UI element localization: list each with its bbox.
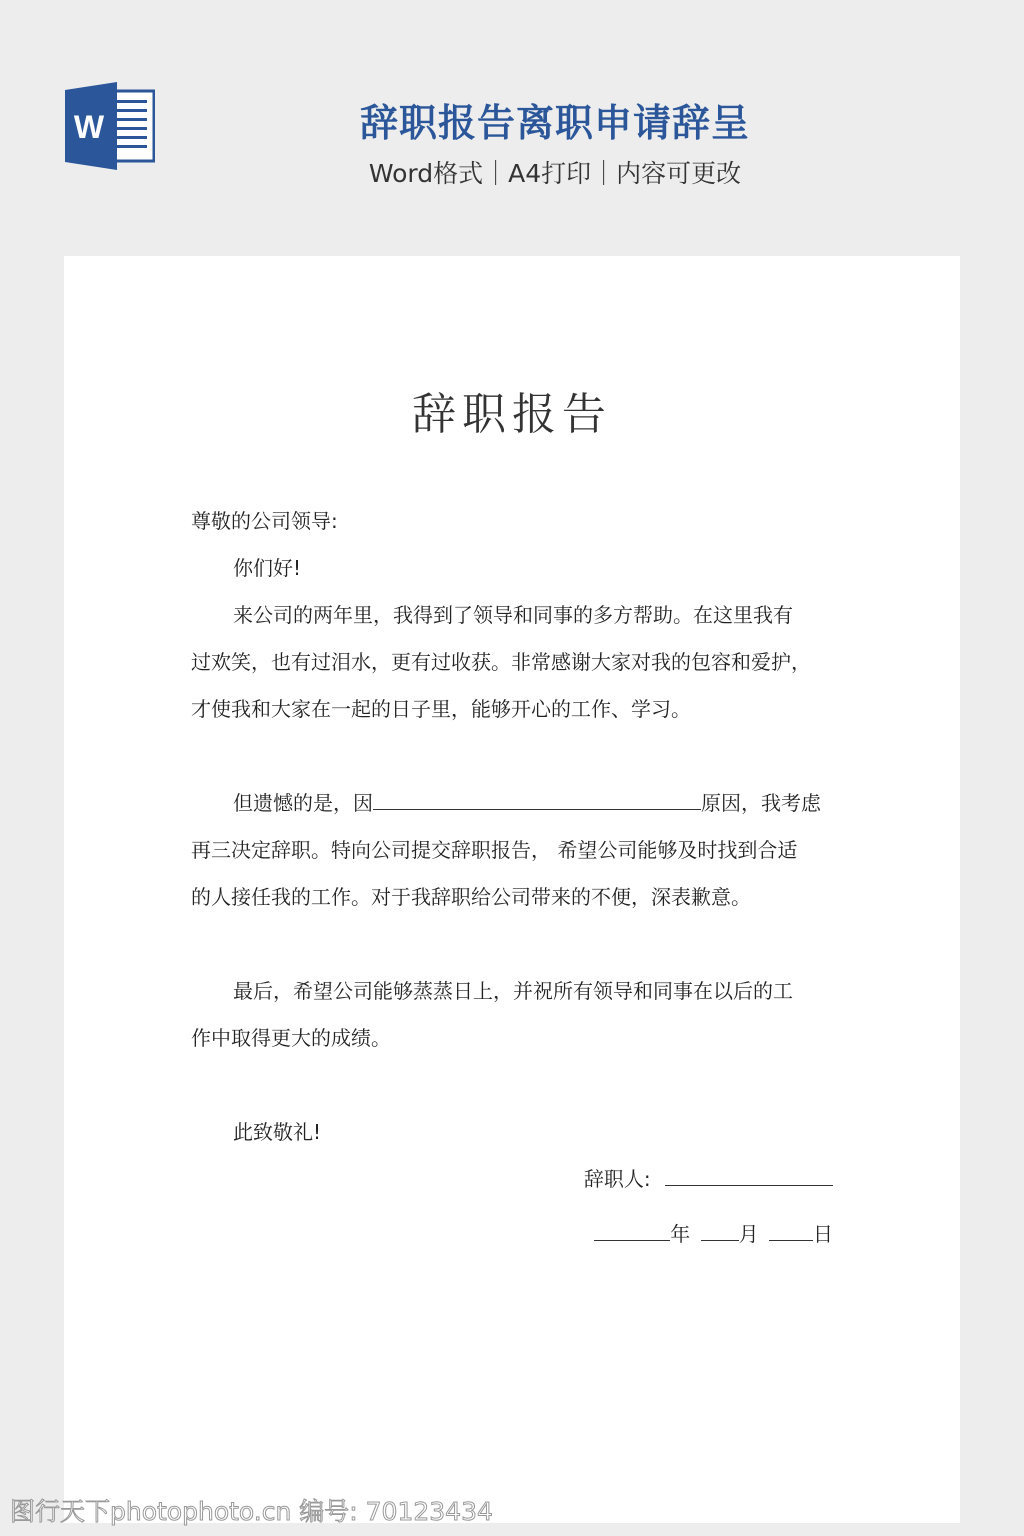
signature-label: 辞职人: bbox=[584, 1167, 651, 1191]
paragraph-1-line-3: 才使我和大家在一起的日子里，能够开心的工作、学习。 bbox=[191, 694, 833, 741]
paragraph-2-line-3: 的人接任我的工作。对于我辞职给公司带来的不便，深表歉意。 bbox=[191, 882, 833, 929]
watermark: 图行天下photophoto.cn 编号: 70123434 bbox=[10, 1492, 493, 1528]
document-title: 辞职报告 bbox=[64, 378, 960, 442]
signature-blank-field[interactable] bbox=[665, 1165, 833, 1186]
header-subtitle: Word格式｜A4打印｜内容可更改 bbox=[300, 154, 810, 190]
day-blank-field[interactable] bbox=[769, 1220, 813, 1241]
greeting: 你们好! bbox=[191, 553, 833, 600]
header-title: 辞职报告离职申请辞呈 bbox=[300, 92, 810, 147]
year-label: 年 bbox=[670, 1222, 690, 1246]
paragraph-3-line-2: 作中取得更大的成绩。 bbox=[191, 1023, 833, 1070]
paragraph-1-line-2: 过欢笑，也有过泪水，更有过收获。非常感谢大家对我的包容和爱护， bbox=[191, 647, 833, 694]
paragraph-2-line-1: 但遗憾的是，因原因，我考虑 bbox=[191, 788, 833, 835]
paragraph-2-suffix: 原因，我考虑 bbox=[701, 791, 821, 815]
paragraph-2-line-2: 再三决定辞职。特向公司提交辞职报告， 希望公司能够及时找到合适 bbox=[191, 835, 833, 882]
signature-line: 辞职人: bbox=[191, 1164, 833, 1219]
salutation: 尊敬的公司领导: bbox=[191, 506, 833, 553]
paragraph-3-line-1: 最后，希望公司能够蒸蒸日上，并祝所有领导和同事在以后的工 bbox=[191, 976, 833, 1023]
word-icon: W bbox=[65, 82, 155, 170]
closing: 此致敬礼! bbox=[191, 1117, 833, 1164]
year-blank-field[interactable] bbox=[594, 1220, 670, 1241]
header: W 辞职报告离职申请辞呈 Word格式｜A4打印｜内容可更改 bbox=[0, 0, 1024, 256]
month-blank-field[interactable] bbox=[701, 1220, 739, 1241]
document-page: 辞职报告 尊敬的公司领导: 你们好! 来公司的两年里，我得到了领导和同事的多方帮… bbox=[64, 256, 960, 1523]
month-label: 月 bbox=[739, 1222, 759, 1246]
document-body: 尊敬的公司领导: 你们好! 来公司的两年里，我得到了领导和同事的多方帮助。在这里… bbox=[191, 506, 833, 1266]
reason-blank-field[interactable] bbox=[373, 789, 701, 810]
date-line: 年 月 日 bbox=[191, 1219, 833, 1266]
svg-text:W: W bbox=[74, 109, 105, 145]
paragraph-2-prefix: 但遗憾的是，因 bbox=[233, 791, 373, 815]
day-label: 日 bbox=[813, 1222, 833, 1246]
paragraph-1-line-1: 来公司的两年里，我得到了领导和同事的多方帮助。在这里我有 bbox=[191, 600, 833, 647]
